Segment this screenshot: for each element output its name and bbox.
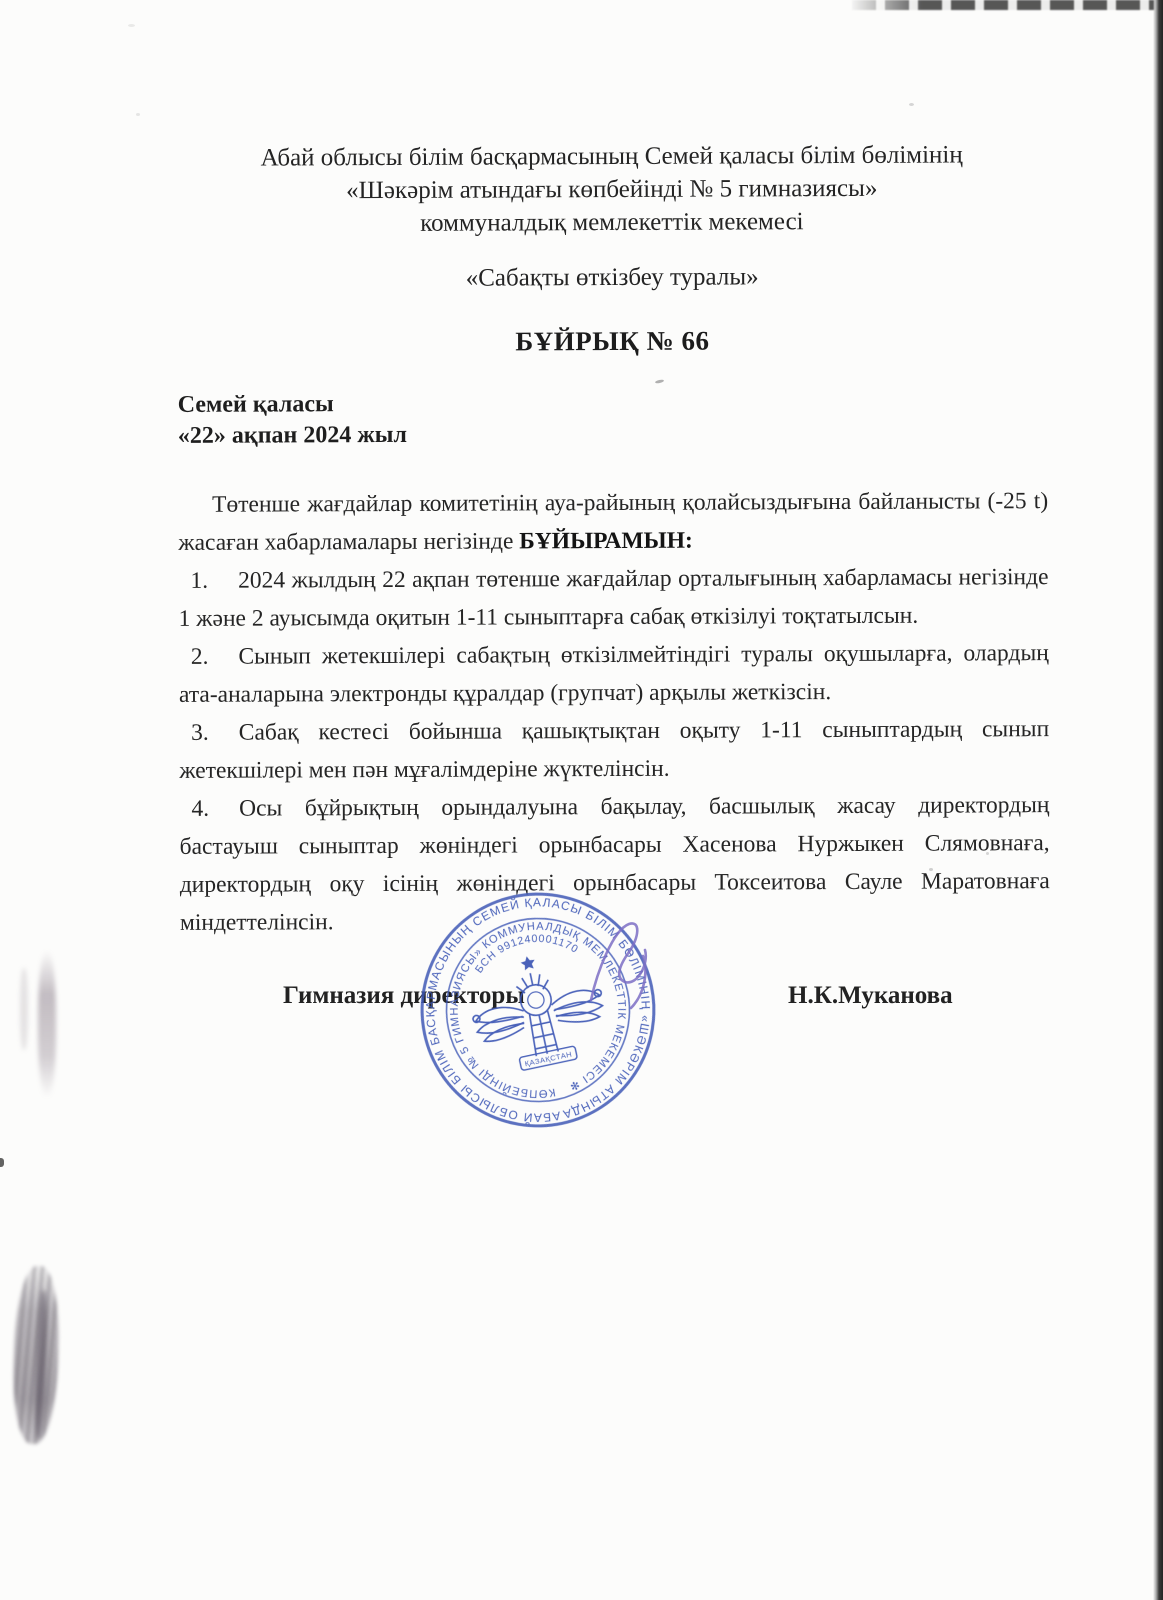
subject-line: «Сабақты өткізбеу туралы» [177, 262, 1047, 294]
emblem-star-icon [520, 955, 537, 971]
document-content: Абай облысы білім басқармасының Семей қа… [176, 0, 1050, 942]
scan-speck [0, 1158, 4, 1167]
scan-artifact-top-edge [852, 0, 1154, 10]
scan-speck [986, 852, 989, 855]
preamble-paragraph: Төтенше жағдайлар комитетінің ауа-райыны… [178, 482, 1048, 562]
order-meta: Семей қаласы «22» ақпан 2024 жыл [178, 386, 1048, 452]
document-page: Абай облысы білім басқармасының Семей қа… [0, 0, 1163, 1600]
org-name-line-1: Абай облысы білім басқармасының Семей қа… [177, 138, 1047, 175]
org-name-line-3: коммуналдық мемлекеттік мекемесі [177, 204, 1047, 241]
date-line: «22» ақпан 2024 жыл [178, 417, 1048, 452]
order-title: БҰЙРЫҚ № 66 [177, 324, 1047, 359]
order-item-2: 2.Сынып жетекшілері сабақтың өткізілмейт… [179, 634, 1049, 714]
item-text: Сынып жетекшілері сабақтың өткізілмейтін… [179, 640, 1049, 708]
org-header: Абай облысы білім басқармасының Семей қа… [177, 138, 1047, 241]
item-number: 3. [191, 720, 239, 746]
item-number: 1. [190, 568, 238, 594]
scan-speck [909, 103, 914, 106]
scan-artifact-right-edge [1153, 0, 1163, 1600]
emblem-left-wing-icon [472, 1003, 529, 1044]
org-name-line-2: «Шәкәрім атындағы көпбейінді № 5 гимнази… [177, 171, 1047, 208]
item-number: 2. [191, 644, 239, 670]
order-item-3: 3.Сабақ кестесі бойынша қашықтықтан оқыт… [179, 710, 1049, 790]
scan-smudge [38, 950, 56, 1098]
item-number: 4. [191, 796, 239, 822]
handwritten-signature [573, 912, 683, 1027]
item-text: 2024 жылдың 22 ақпан төтенше жағдайлар о… [179, 564, 1049, 632]
scan-speck [929, 868, 933, 871]
scan-speck [136, 113, 140, 116]
scan-smudge [20, 968, 28, 1050]
preamble-verb: БҰЙЫРАМЫН: [519, 528, 693, 555]
signature-name: Н.К.Муканова [788, 982, 953, 1010]
order-item-1: 1.2024 жылдың 22 ақпан төтенше жағдайлар… [178, 558, 1048, 638]
city-line: Семей қаласы [178, 386, 1048, 421]
shanyrak-spokes [514, 970, 563, 1057]
item-text: Сабақ кестесі бойынша қашықтықтан оқыту … [179, 716, 1049, 784]
scan-speck [128, 24, 135, 27]
